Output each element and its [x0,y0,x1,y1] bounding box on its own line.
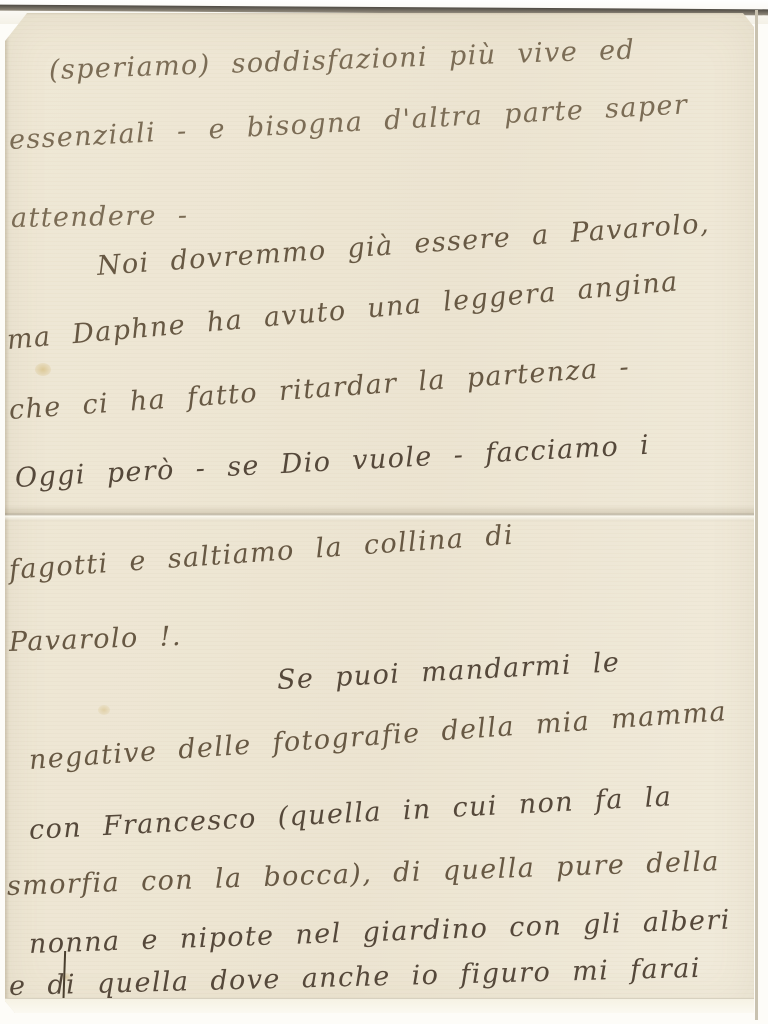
fold-crease [5,505,754,521]
handwritten-line-1: (speriamo) soddisfazioni più vive ed [48,35,635,86]
handwritten-line-6: che ci ha fatto ritardar la partenza - [8,352,631,426]
handwritten-line-7: Oggi però - se Dio vuole - facciamo i [14,430,651,494]
handwritten-line-13: smorfia con la bocca), di quella pure de… [6,846,720,902]
stain-spot [35,363,51,376]
handwritten-line-3: attendere - [11,200,189,234]
paper-right-edge-shadow [755,10,758,1020]
handwritten-line-14: nonna e nipote nel giardino con gli albe… [28,905,731,960]
handwritten-line-12: con Francesco (quella in cui non fa la [28,781,673,846]
letter-paper: (speriamo) soddisfazioni più vive ed ess… [5,13,754,1013]
letter-photo: (speriamo) soddisfazioni più vive ed ess… [0,0,768,1024]
handwritten-line-15: e di quella dove anche io figuro mi fara… [9,953,702,1002]
stain-spot [98,705,110,715]
handwritten-line-11: negative delle fotografie della mia mamm… [28,696,728,776]
handwritten-line-2: essenziali - e bisogna d'altra parte sap… [8,89,689,156]
handwritten-line-10: Se puoi mandarmi le [276,647,621,696]
handwritten-line-8: fagotti e saltiamo la collina di [8,520,515,586]
paper-bottom-edge [5,998,754,1013]
handwritten-line-9: Pavarolo !. [8,621,182,658]
